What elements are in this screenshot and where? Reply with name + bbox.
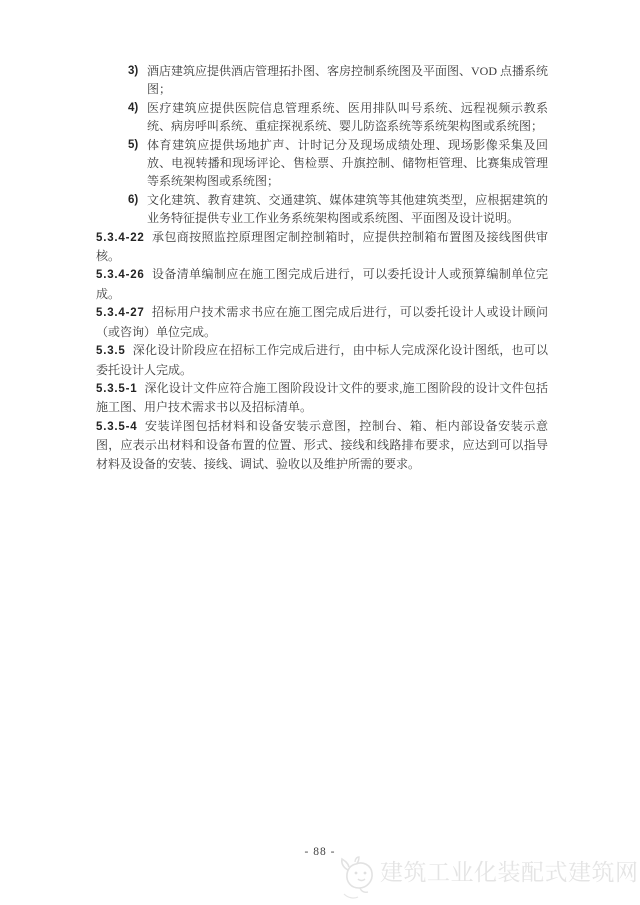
clause-text: 安装详图包括材料和设备安装示意图，控制台、箱、柜内部设备安装示意图，应表示出材料… xyxy=(96,419,548,471)
clause-paragraph: 5.3.4-26设备清单编制应在施工图完成后进行，可以委托设计人或预算编制单位完… xyxy=(96,265,548,303)
clause-number: 5.3.5 xyxy=(96,345,126,357)
page-number: - 88 - xyxy=(0,846,640,858)
document-page: 3) 酒店建筑应提供酒店管理拓扑图、客房控制系统图及平面图、VOD 点播系统图；… xyxy=(0,0,640,905)
clause-paragraph: 5.3.5深化设计阶段应在招标工作完成后进行，由中标人完成深化设计图纸，也可以委… xyxy=(96,341,548,379)
clause-text: 承包商按照监控原理图定制控制箱时，应提供控制箱布置图及接线图供审核。 xyxy=(96,230,548,263)
clause-text: 设备清单编制应在施工图完成后进行，可以委托设计人或预算编制单位完成。 xyxy=(96,267,548,300)
clause-paragraph: 5.3.5-1深化设计文件应符合施工图阶段设计文件的要求,施工图阶段的设计文件包… xyxy=(96,379,548,417)
clause-text: 招标用户技术需求书应在施工图完成后进行，可以委托设计人或设计顾问（或咨询）单位完… xyxy=(96,305,548,338)
clause-number: 5.3.4-26 xyxy=(96,269,145,281)
watermark-text: 建筑工业化装配式建筑网 xyxy=(380,858,639,888)
list-item-number: 5) xyxy=(128,136,138,154)
list-item: 6) 文化建筑、教育建筑、交通建筑、媒体建筑等其他建筑类型，应根据建筑的业务特征… xyxy=(96,191,548,228)
list-item-text: 医疗建筑应提供医院信息管理系统、医用排队叫号系统、远程视频示教系统、病房呼叫系统… xyxy=(147,101,548,133)
clause-number: 5.3.4-22 xyxy=(96,232,145,244)
list-item-number: 4) xyxy=(128,99,138,117)
clause-number: 5.3.4-27 xyxy=(96,307,145,319)
clause-paragraph: 5.3.5-4安装详图包括材料和设备安装示意图，控制台、箱、柜内部设备安装示意图… xyxy=(96,417,548,473)
clause-text: 深化设计文件应符合施工图阶段设计文件的要求,施工图阶段的设计文件包括施工图、用户… xyxy=(96,381,548,414)
clause-number: 5.3.5-1 xyxy=(96,383,137,395)
list-item: 5) 体育建筑应提供场地扩声、计时记分及现场成绩处理、现场影像采集及回放、电视转… xyxy=(96,136,548,191)
list-item-text: 酒店建筑应提供酒店管理拓扑图、客房控制系统图及平面图、VOD 点播系统图； xyxy=(147,64,548,96)
list-item-number: 3) xyxy=(128,62,138,80)
clause-text: 深化设计阶段应在招标工作完成后进行，由中标人完成深化设计图纸，也可以委托设计人完… xyxy=(96,343,548,376)
clause-paragraph: 5.3.4-27招标用户技术需求书应在施工图完成后进行，可以委托设计人或设计顾问… xyxy=(96,303,548,341)
document-body: 3) 酒店建筑应提供酒店管理拓扑图、客房控制系统图及平面图、VOD 点播系统图；… xyxy=(96,62,548,473)
list-item: 4) 医疗建筑应提供医院信息管理系统、医用排队叫号系统、远程视频示教系统、病房呼… xyxy=(96,99,548,136)
clause-paragraph: 5.3.4-22承包商按照监控原理图定制控制箱时，应提供控制箱布置图及接线图供审… xyxy=(96,228,548,266)
list-item-number: 6) xyxy=(128,191,138,209)
watermark: 建筑工业化装配式建筑网 xyxy=(336,850,639,905)
list-item: 3) 酒店建筑应提供酒店管理拓扑图、客房控制系统图及平面图、VOD 点播系统图； xyxy=(96,62,548,99)
clause-number: 5.3.5-4 xyxy=(96,421,137,433)
mascot-doodle-icon xyxy=(336,850,380,905)
list-item-text: 体育建筑应提供场地扩声、计时记分及现场成绩处理、现场影像采集及回放、电视转播和现… xyxy=(147,138,548,189)
list-item-text: 文化建筑、教育建筑、交通建筑、媒体建筑等其他建筑类型，应根据建筑的业务特征提供专… xyxy=(147,193,548,225)
